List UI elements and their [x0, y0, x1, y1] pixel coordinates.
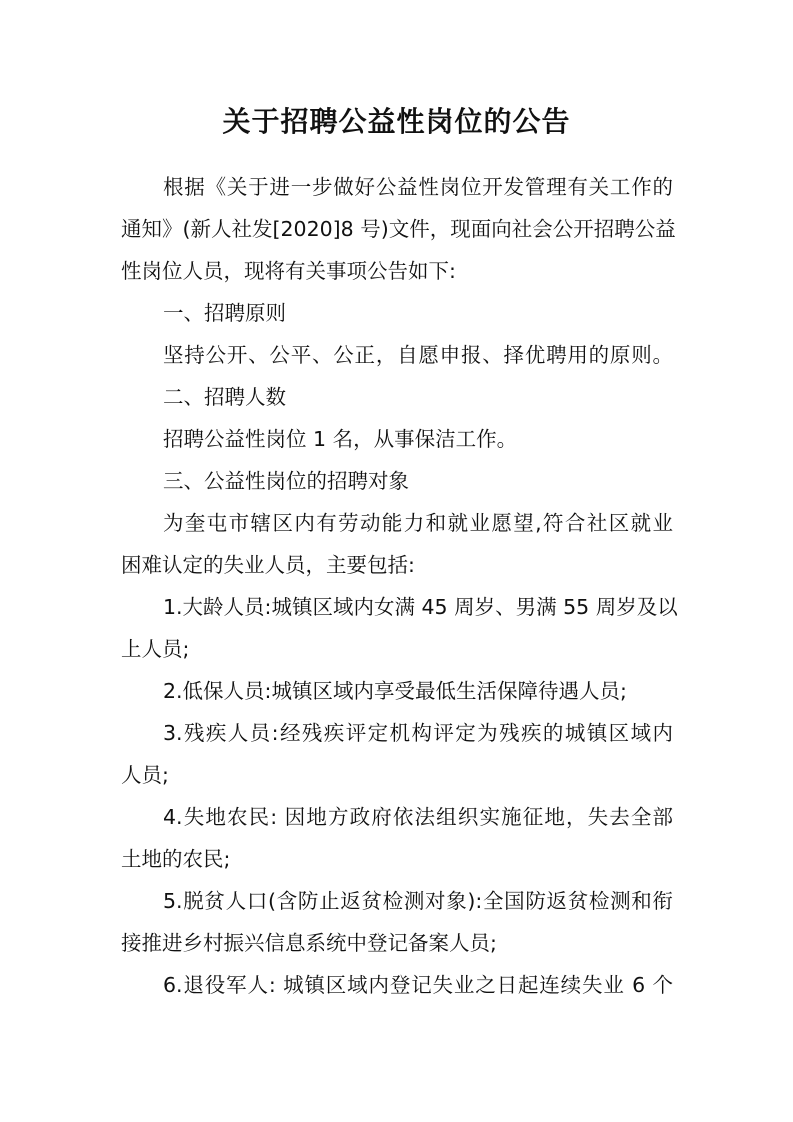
paragraph-line: 土地的农民; — [121, 844, 673, 874]
paragraph-line: 人员; — [121, 760, 673, 790]
paragraph-line: 困难认定的失业人员，主要包括: — [121, 550, 673, 580]
paragraph-line: 3.残疾人员:经残疾评定机构评定为残疾的城镇区域内 — [163, 718, 673, 748]
document-page: 关于招聘公益性岗位的公告 根据《关于进一步做好公益性岗位开发管理有关工作的通知》… — [0, 0, 793, 1122]
paragraph-line: 上人员; — [121, 634, 673, 664]
paragraph-line: 根据《关于进一步做好公益性岗位开发管理有关工作的 — [163, 172, 673, 202]
paragraph-line: 5.脱贫人口(含防止返贫检测对象):全国防返贫检测和衔 — [163, 886, 673, 916]
paragraph-line: 接推进乡村振兴信息系统中登记备案人员; — [121, 928, 673, 958]
paragraph-line: 4.失地农民: 因地方政府依法组织实施征地，失去全部 — [163, 802, 673, 832]
paragraph-line: 为奎屯市辖区内有劳动能力和就业愿望,符合社区就业 — [163, 508, 673, 538]
paragraph-line: 一、招聘原则 — [163, 298, 673, 328]
paragraph-line: 通知》(新人社发[2020]8 号)文件，现面向社会公开招聘公益 — [121, 214, 673, 244]
paragraph-line: 1.大龄人员:城镇区域内女满 45 周岁、男满 55 周岁及以 — [163, 592, 673, 622]
document-title: 关于招聘公益性岗位的公告 — [0, 100, 793, 140]
paragraph-line: 2.低保人员:城镇区域内享受最低生活保障待遇人员; — [163, 676, 673, 706]
paragraph-line: 二、招聘人数 — [163, 382, 673, 412]
paragraph-line: 坚持公开、公平、公正，自愿申报、择优聘用的原则。 — [163, 340, 673, 370]
paragraph-line: 性岗位人员，现将有关事项公告如下: — [121, 256, 673, 286]
paragraph-line: 招聘公益性岗位 1 名，从事保洁工作。 — [163, 424, 673, 454]
paragraph-line: 三、公益性岗位的招聘对象 — [163, 466, 673, 496]
paragraph-line: 6.退役军人: 城镇区域内登记失业之日起连续失业 6 个 — [163, 970, 673, 1000]
